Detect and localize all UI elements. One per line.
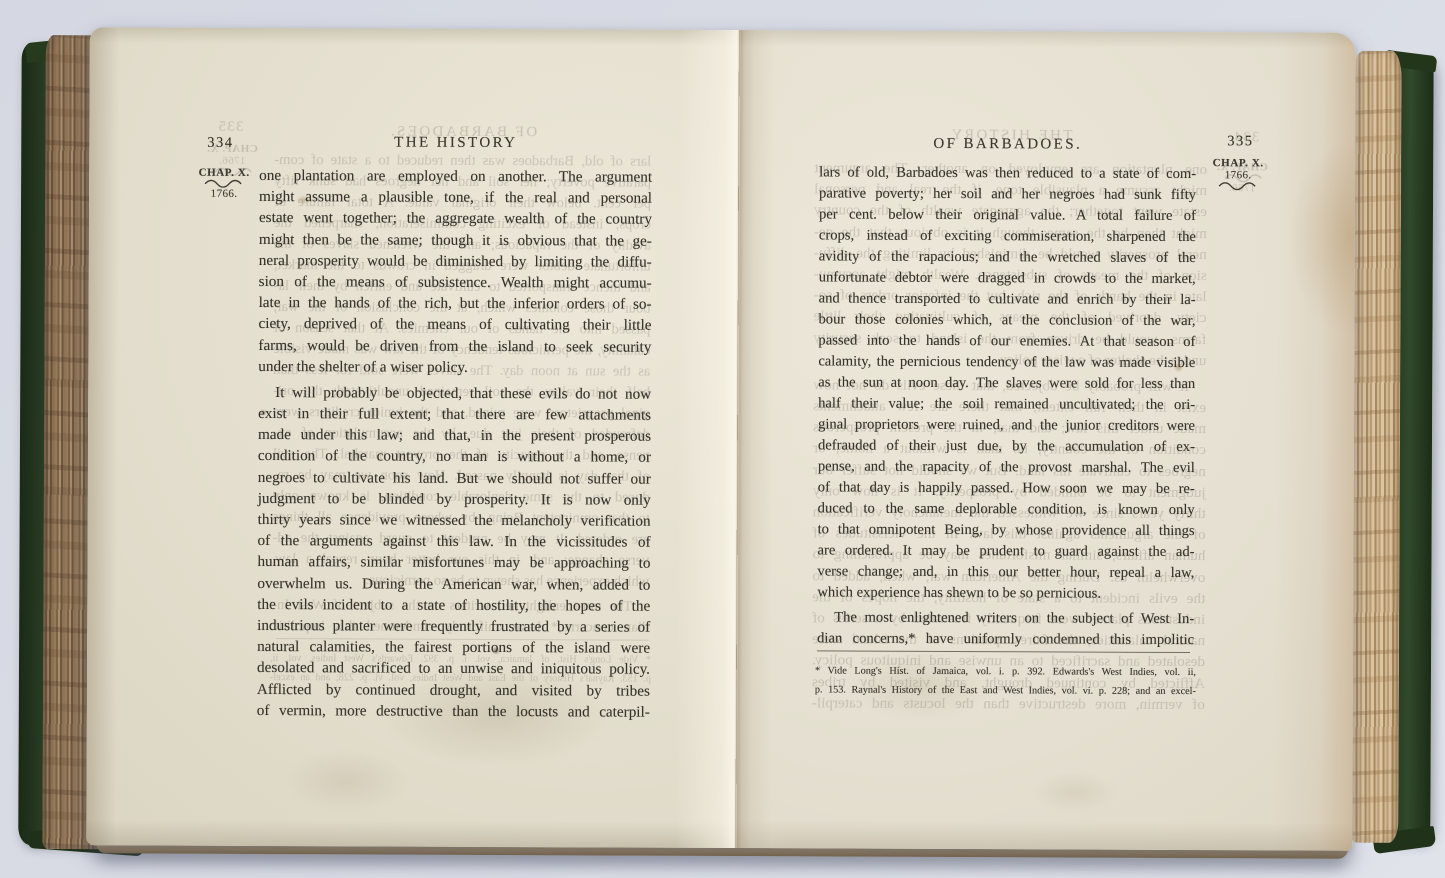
margin-note: CHAP. X.1766. xyxy=(1205,157,1271,190)
text-line: human affairs, similar misfortunes may b… xyxy=(257,551,650,574)
text-line: negroes to cultivate his land. But we sh… xyxy=(258,467,651,490)
margin-chapter: CHAP. X. xyxy=(189,167,259,179)
text-line: ginal proprietors were ruined, and the j… xyxy=(818,414,1195,437)
text-line: might then be the same; though it is obv… xyxy=(259,229,652,252)
text-line: of that day is happily passed. How soon … xyxy=(818,477,1195,500)
margin-year: 1766. xyxy=(1205,169,1271,181)
text-line: condition of the country, no man is with… xyxy=(258,445,651,468)
page-number: 335 xyxy=(1227,133,1253,150)
text-line: crops, instead of exciting commiseration… xyxy=(819,225,1196,248)
text-line: one plantation are employed on another. … xyxy=(259,165,652,188)
flourish-icon xyxy=(1216,181,1260,190)
text-line: exist in their full extent; that there a… xyxy=(258,403,651,426)
text-line: avidity of the rapacious; and the wretch… xyxy=(819,246,1196,269)
text-line: pense, and the rapacity of the provost m… xyxy=(818,456,1195,479)
text-line: the evils incident to a state of hostili… xyxy=(257,594,650,617)
text-line: It will probably be objected, that these… xyxy=(258,382,651,405)
text-line: lars of old, Barbadoes was then reduced … xyxy=(819,162,1196,185)
text-line: desolated and sacrificed to an unwise an… xyxy=(257,657,650,680)
text-line: made under this law; and that, in the pr… xyxy=(258,424,651,447)
page-edges-right xyxy=(1348,51,1401,843)
footnote-line: * Vide Long's Hist. of Jamaica, vol. i. … xyxy=(815,661,1196,682)
text-line: calamity, the pernicious tendency of the… xyxy=(818,351,1195,374)
margin-note: CHAP. X.1766. xyxy=(189,167,259,200)
text-line: bour those colonies which, at the conclu… xyxy=(818,309,1195,332)
text-line: half their value; the soil remained uncu… xyxy=(818,393,1195,416)
text-line: passed into the hands of our enemies. At… xyxy=(818,330,1195,353)
page-text-layer: 334THE HISTORYCHAP. X.1766.one plantatio… xyxy=(86,27,739,848)
page-number: 334 xyxy=(207,135,233,152)
text-line: of the arguments against this law. In th… xyxy=(258,530,651,553)
text-line: judgment to be blinded by prosperity. It… xyxy=(258,488,651,511)
text-line: unfortunate debtor were dragged in crowd… xyxy=(819,267,1196,290)
text-line: industrious planter were frequently frus… xyxy=(257,615,650,638)
text-line: defrauded of their just due, by the accu… xyxy=(818,435,1195,458)
text-line: estate went together; the aggregate weal… xyxy=(259,207,652,230)
text-line: farms, would be driven from the island t… xyxy=(258,334,651,357)
text-line: might assume a plausible tone, if the re… xyxy=(259,186,652,209)
footnote: * Vide Long's Hist. of Jamaica, vol. i. … xyxy=(815,661,1196,701)
text-line: duced to the same deplorable condition, … xyxy=(818,498,1195,521)
page-spread: 335OF BARBADOES.CHAP. X.1766.lars of old… xyxy=(86,27,1356,851)
flourish-icon xyxy=(202,179,246,188)
text-line: thirty years since we witnessed the mela… xyxy=(258,509,651,532)
running-title: THE HISTORY xyxy=(259,134,652,153)
text-line: overwhelm us. During the American war, w… xyxy=(257,573,650,596)
text-line: Afflicted by continued drought, and visi… xyxy=(257,678,650,701)
text-line: dian concerns,* have uniformly condemned… xyxy=(817,628,1194,651)
text-line: which experience has shewn to be so pern… xyxy=(817,582,1194,605)
margin-chapter: CHAP. X. xyxy=(1205,157,1271,169)
text-block: one plantation are employed on another. … xyxy=(257,165,652,723)
text-line: of vermin, more destructive than the loc… xyxy=(257,700,650,723)
text-line: verse change; and, in this our better ho… xyxy=(817,561,1194,584)
open-book: 335OF BARBADOES.CHAP. X.1766.lars of old… xyxy=(0,0,1445,878)
text-line: The most enlightened writers on the subj… xyxy=(817,607,1194,630)
margin-year: 1766. xyxy=(189,188,259,200)
text-block: lars of old, Barbadoes was then reduced … xyxy=(817,162,1196,651)
photo-background: 335OF BARBADOES.CHAP. X.1766.lars of old… xyxy=(0,0,1445,878)
text-line: under the shelter of a wiser policy. xyxy=(258,356,651,379)
text-line: late in the hands of the rich, but the i… xyxy=(259,292,652,315)
text-line: natural calamities, the fairest portions… xyxy=(257,636,650,659)
text-line: and thence transported to cultivate and … xyxy=(819,288,1196,311)
text-line: ciety, deprived of the means of cultivat… xyxy=(258,313,651,336)
running-title: OF BARBADOES. xyxy=(819,135,1196,154)
text-line: sion of the means of subsistence. Wealth… xyxy=(259,271,652,294)
text-line: are ordered. It may be prudent to guard … xyxy=(817,540,1194,563)
text-line: as the sun at noon day. The slaves were … xyxy=(818,372,1195,395)
text-line: per cent. below their original value. A … xyxy=(819,204,1196,227)
text-line: to that omnipotent Being, by whose provi… xyxy=(818,519,1195,542)
left-page: 335OF BARBADOES.CHAP. X.1766.lars of old… xyxy=(86,27,739,848)
page-text-layer: 335OF BARBADOES.CHAP. X.1766.lars of old… xyxy=(735,30,1356,851)
text-line: parative poverty; her soil and her negro… xyxy=(819,183,1196,206)
right-page: 334THE HISTORYCHAP. X.1766.one plantatio… xyxy=(735,30,1356,851)
text-line: neral prosperity would be diminished by … xyxy=(259,250,652,273)
footnote-line: p. 153. Raynal's History of the East and… xyxy=(815,680,1196,701)
